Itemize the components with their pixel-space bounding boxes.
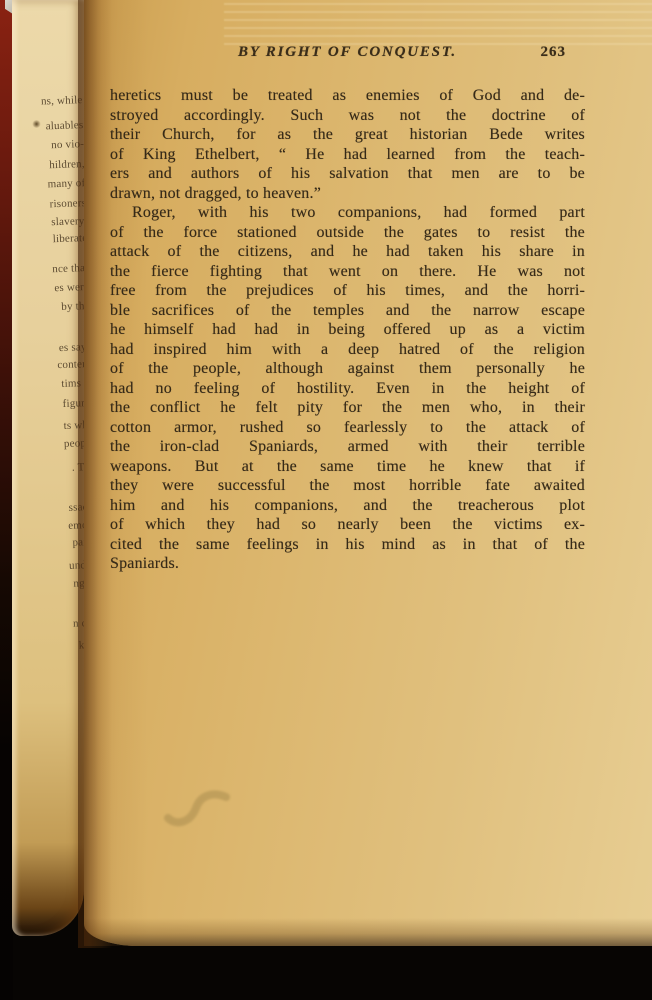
edge-text-fragment: slavery. bbox=[51, 215, 87, 228]
text-line: of King Ethelbert, “ He had learned from… bbox=[110, 145, 585, 165]
text-line: he himself had had in being offered up a… bbox=[110, 320, 585, 340]
text-line: cotton armor, rushed so fearlessly to th… bbox=[110, 418, 585, 438]
text-line: the conflict he felt pity for the men wh… bbox=[110, 398, 585, 418]
text-line: Roger, with his two companions, had form… bbox=[110, 203, 585, 223]
text-line: free from the prejudices of his times, a… bbox=[110, 281, 585, 301]
text-line: Spaniards. bbox=[110, 554, 585, 574]
previous-page-edge: ns, whilealuablesno vio-hildren,many ofr… bbox=[12, 0, 84, 936]
edge-text-fragment: no vio- bbox=[51, 138, 84, 151]
text-line: stroyed accordingly. Such was not the do… bbox=[110, 106, 585, 126]
edge-text-fragment: liberate bbox=[53, 232, 88, 245]
ink-smudge bbox=[160, 780, 240, 830]
edge-text-fragment: ns, while bbox=[41, 94, 83, 107]
text-line: drawn, not dragged, to heaven.” bbox=[110, 184, 585, 204]
text-line: heretics must be treated as enemies of G… bbox=[110, 86, 585, 106]
text-line: attack of the citizens, and he had taken… bbox=[110, 242, 585, 262]
text-line: weapons. But at the same time he knew th… bbox=[110, 457, 585, 477]
text-line: the iron-clad Spaniards, armed with thei… bbox=[110, 437, 585, 457]
text-line: cited the same feelings in his mind as i… bbox=[110, 535, 585, 555]
edge-text-fragment: risoners bbox=[49, 197, 86, 210]
edge-text-fragment: hildren, bbox=[49, 158, 85, 171]
text-line: the fierce fighting that went on there. … bbox=[110, 262, 585, 282]
dust-speck bbox=[32, 120, 41, 128]
scan-streaks bbox=[224, 3, 652, 47]
text-line: had no feeling of hostility. Even in the… bbox=[110, 379, 585, 399]
book-page: BY RIGHT OF CONQUEST. 263 heretics must … bbox=[84, 0, 652, 946]
edge-text-fragment: aluables bbox=[46, 119, 84, 132]
book-scan: ns, whilealuablesno vio-hildren,many ofr… bbox=[0, 0, 652, 1000]
text-line: ble sacrifices of the temples and the na… bbox=[110, 301, 585, 321]
page-number: 263 bbox=[541, 44, 567, 61]
running-header: BY RIGHT OF CONQUEST. 263 bbox=[110, 44, 585, 64]
text-line: of which they had so nearly been the vic… bbox=[110, 515, 585, 535]
running-title: BY RIGHT OF CONQUEST. bbox=[110, 44, 585, 61]
text-line: him and his companions, and the treacher… bbox=[110, 496, 585, 516]
text-line: ers and authors of his salvation that me… bbox=[110, 164, 585, 184]
text-line: they were successful the most horrible f… bbox=[110, 476, 585, 496]
body-text: heretics must be treated as enemies of G… bbox=[110, 86, 585, 574]
text-line: of the people, although against them per… bbox=[110, 359, 585, 379]
text-line: of the force stationed outside the gates… bbox=[110, 223, 585, 243]
text-line: their Church, for as the great historian… bbox=[110, 125, 585, 145]
edge-text-fragment: many of bbox=[47, 177, 85, 190]
text-line: had inspired him with a deep hatred of t… bbox=[110, 340, 585, 360]
